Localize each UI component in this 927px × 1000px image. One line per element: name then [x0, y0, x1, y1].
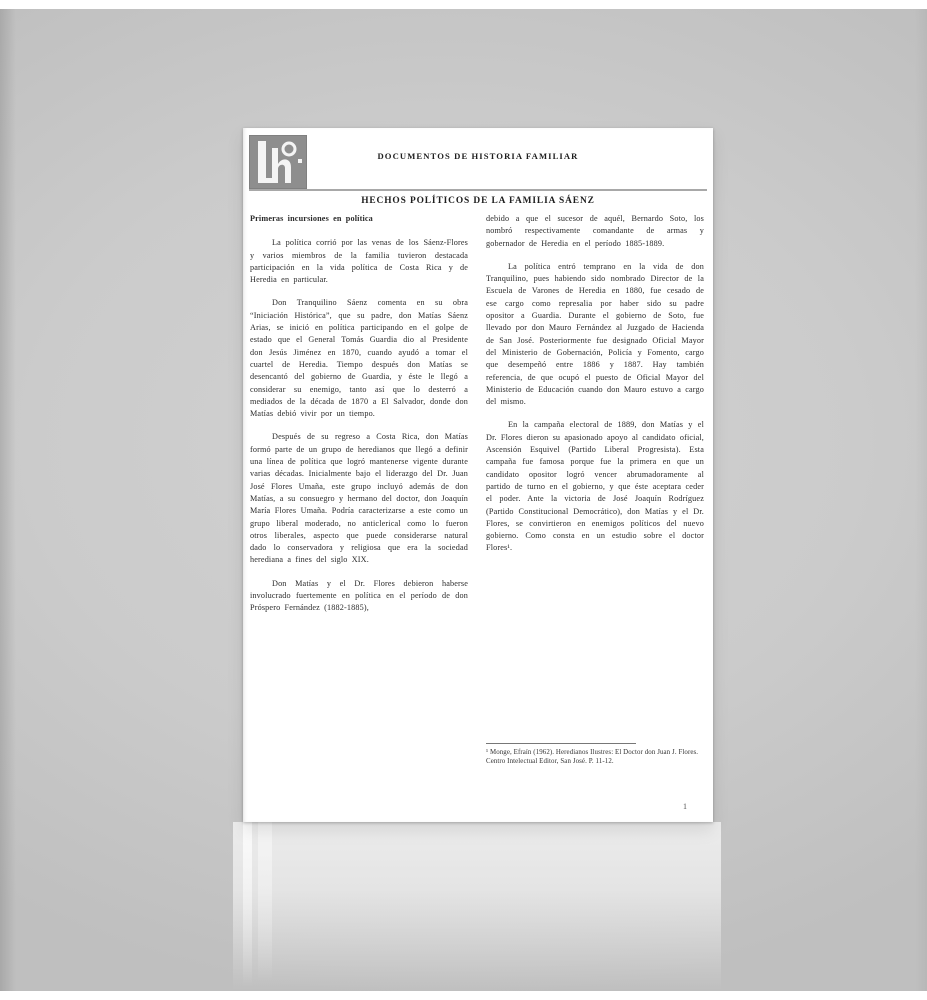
right-column: debido a que el sucesor de aquél, Bernar…: [486, 213, 704, 566]
paragraph: Don Tranquilino Sáenz comenta en su obra…: [250, 297, 468, 420]
paragraph: debido a que el sucesor de aquél, Bernar…: [486, 213, 704, 250]
report-header-title: DOCUMENTOS DE HISTORIA FAMILIAR: [243, 151, 713, 161]
paragraph: Después de su regreso a Costa Rica, don …: [250, 431, 468, 566]
paragraph: En la campaña electoral de 1889, don Mat…: [486, 419, 704, 554]
logo: [249, 135, 307, 189]
reflection-highlight: [258, 822, 272, 982]
document-page: DOCUMENTOS DE HISTORIA FAMILIAR HECHOS P…: [243, 128, 713, 822]
monogram-logo-icon: [249, 135, 307, 189]
header-divider: [249, 189, 707, 191]
left-column: Primeras incursiones en política La polí…: [250, 213, 468, 626]
page-number: 1: [673, 802, 687, 811]
footnote-divider: [486, 743, 636, 744]
footnote: ¹ Monge, Efraín (1962). Heredianos Ilust…: [486, 743, 704, 767]
page-content: DOCUMENTOS DE HISTORIA FAMILIAR HECHOS P…: [243, 128, 713, 822]
paragraph: La política corrió por las venas de los …: [250, 237, 468, 286]
section-heading: Primeras incursiones en política: [250, 213, 468, 225]
reflection-highlight: [243, 822, 252, 987]
photo-of-document: DOCUMENTOS DE HISTORIA FAMILIAR HECHOS P…: [0, 0, 927, 1000]
page-title: HECHOS POLÍTICOS DE LA FAMILIA SÁENZ: [243, 196, 713, 206]
paragraph: Don Matías y el Dr. Flores debieron habe…: [250, 578, 468, 615]
paper-reflection: [233, 822, 721, 990]
paragraph: La política entró temprano en la vida de…: [486, 261, 704, 409]
footnote-text: ¹ Monge, Efraín (1962). Heredianos Ilust…: [486, 748, 704, 767]
